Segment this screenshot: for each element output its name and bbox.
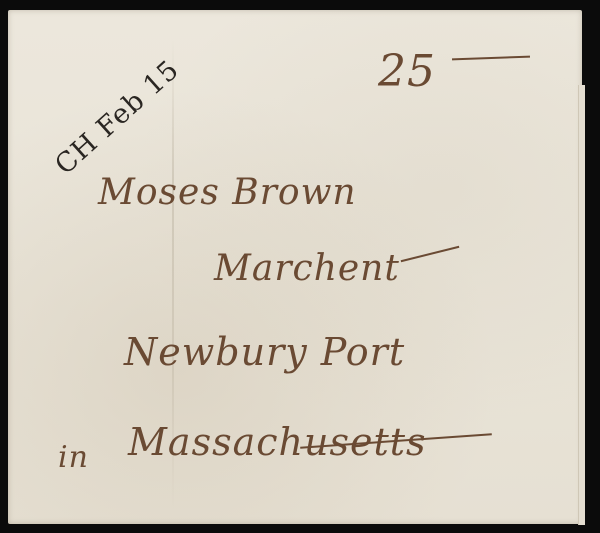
rate-marking: 25 [378, 46, 436, 97]
address-town: Newbury Port [124, 330, 405, 374]
address-prefix: in [58, 440, 89, 475]
addressee-name: Moses Brown [98, 172, 357, 213]
addressee-occupation: Marchent [214, 248, 400, 289]
folded-flap-edge [578, 85, 585, 525]
